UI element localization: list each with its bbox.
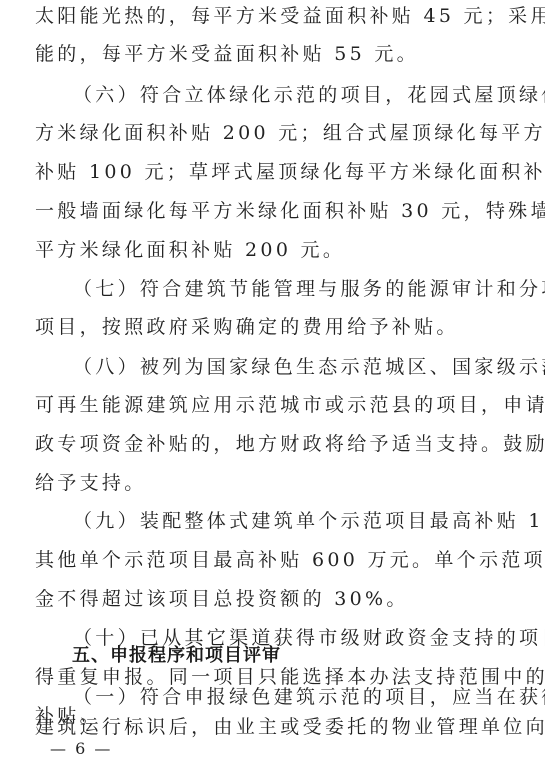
- section-heading: 五、申报程序和项目评审: [72, 644, 281, 668]
- text-line: 太阳能光热的，每平方米受益面积补贴 45 元；采用浅层地热: [35, 4, 508, 28]
- text-line: 建筑运行标识后，由业主或受委托的物业管理单位向市住房城: [35, 715, 508, 739]
- text-line: 金不得超过该项目总投资额的 30%。: [35, 587, 508, 611]
- text-line: 平方米绿化面积补贴 200 元。: [35, 238, 508, 262]
- text-line: 可再生能源建筑应用示范城市或示范县的项目，申请到中央财: [35, 393, 508, 417]
- text-line: 补贴 100 元；草坪式屋顶绿化每平方米绿化面积补贴 50 元。: [35, 160, 508, 184]
- paragraph-7-start: （七）符合建筑节能管理与服务的能源审计和分项计量: [73, 277, 508, 301]
- section-paragraph-1-start: （一）符合申报绿色建筑示范的项目，应当在获得绿色: [73, 685, 508, 709]
- paragraph-9-start: （九）装配整体式建筑单个示范项目最高补贴 1000 万元，: [73, 509, 508, 533]
- text-line: 方米绿化面积补贴 200 元；组合式屋顶绿化每平方米绿化面积: [35, 121, 508, 145]
- text-line: 一般墙面绿化每平方米绿化面积补贴 30 元，特殊墙面绿化每: [35, 199, 508, 223]
- text-line: 政专项资金补贴的，地方财政将给予适当支持。鼓励区县财政: [35, 432, 508, 456]
- text-line: 能的，每平方米受益面积补贴 55 元。: [35, 42, 508, 66]
- paragraph-8-start: （八）被列为国家绿色生态示范城区、国家级示范项目、: [73, 355, 508, 379]
- text-line: 项目，按照政府采购确定的费用给予补贴。: [35, 315, 508, 339]
- text-line: 给予支持。: [35, 471, 508, 495]
- page-number: — 6 —: [50, 738, 112, 760]
- text-line: 其他单个示范项目最高补贴 600 万元。单个示范项目的补贴资: [35, 548, 508, 572]
- paragraph-6-start: （六）符合立体绿化示范的项目，花园式屋顶绿化每平: [73, 83, 508, 107]
